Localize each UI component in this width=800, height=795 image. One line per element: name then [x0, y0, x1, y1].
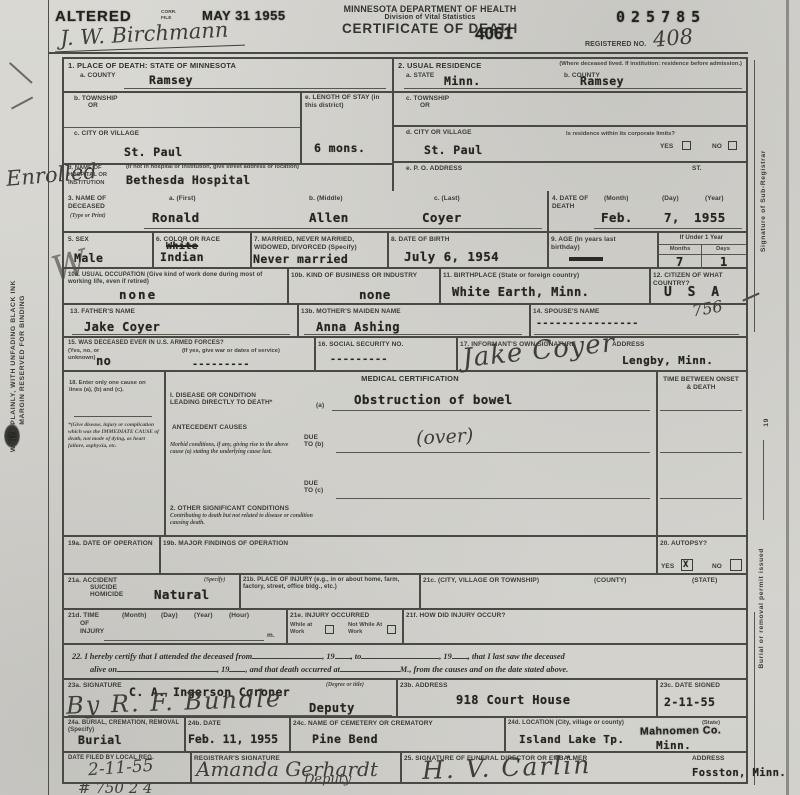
injury-county-label: (COUNTY)	[594, 577, 627, 585]
certify-text: alive on	[90, 665, 117, 674]
disease-condition-label-2: LEADING DIRECTLY TO DEATH*	[170, 399, 272, 407]
signature-label: 23a. SIGNATURE	[68, 682, 122, 690]
sub-registrar-line	[754, 60, 755, 332]
immediate-cause-note: *(Give disease, injury or complication w…	[68, 422, 160, 450]
last-name-value: Coyer	[422, 210, 462, 225]
header-rule	[48, 52, 748, 54]
fill-line	[332, 410, 650, 411]
fill-line	[304, 334, 522, 335]
cause-instructions: 18. Enter only one cause on lines (a), (…	[69, 380, 157, 395]
year-label: (Year)	[705, 195, 724, 203]
sex-value: Male	[74, 251, 103, 265]
month-label: (Month)	[604, 195, 629, 203]
divider	[402, 610, 404, 645]
burial-location-value: Island Lake Tp.	[519, 733, 624, 746]
divider	[239, 575, 241, 610]
city-label: c. CITY OR VILLAGE	[74, 130, 139, 138]
place-of-death-title: 1. PLACE OF DEATH: STATE OF MINNESOTA	[68, 61, 236, 70]
injury-year-label: (Year)	[194, 612, 213, 620]
row-operation-autopsy: 19a. DATE OF OPERATION 19b. MAJOR FINDIN…	[64, 537, 746, 575]
blank-line	[335, 651, 351, 659]
degree-or-title-note: (Degree or title)	[326, 682, 364, 689]
antecedent-causes-label: ANTECEDENT CAUSES	[172, 424, 247, 432]
blank-line	[452, 651, 468, 659]
date-of-operation-label: 19a. DATE OF OPERATION	[68, 540, 153, 548]
business-label: 10b. KIND OF BUSINESS OR INDUSTRY	[291, 272, 431, 280]
divider	[250, 233, 252, 269]
row-personal: 5. SEX Male 6. COLOR OR RACE White India…	[64, 233, 746, 269]
middle-name-value: Allen	[309, 210, 349, 225]
day-label: (Day)	[662, 195, 679, 203]
row-certifier-signature: 23a. SIGNATURE (Degree or title) C. A. I…	[64, 680, 746, 718]
city-value: St. Paul	[124, 145, 183, 159]
father-label: 13. FATHER'S NAME	[70, 308, 135, 316]
divider	[184, 718, 186, 753]
occupation-label: 10a. USUAL OCCUPATION (Give kind of work…	[68, 272, 282, 286]
while-at-work-label: While at Work	[290, 622, 324, 637]
manner-of-death-value: Natural	[154, 587, 209, 602]
state-value: Minn.	[444, 74, 481, 88]
injury-m-label: m.	[267, 632, 275, 640]
date-of-birth-value: July 6, 1954	[404, 249, 499, 264]
under-one-year-label: If Under 1 Year	[657, 235, 746, 242]
injury-month-label: (Month)	[122, 612, 147, 620]
row-burial: 24a. BURIAL, CREMATION, REMOVAL (Specify…	[64, 718, 746, 753]
burial-value: Burial	[78, 733, 122, 747]
other-conditions-label: 2. OTHER SIGNIFICANT CONDITIONS	[170, 505, 289, 513]
burial-state-value: Minn.	[656, 739, 691, 752]
mother-value: Anna Ashing	[316, 320, 400, 334]
county-value: Ramsey	[149, 73, 193, 87]
division-title: Division of Vital Statistics	[250, 14, 610, 21]
burial-date-value: Feb. 11, 1955	[188, 732, 278, 746]
pen-mark	[11, 96, 33, 109]
po-address-label: e. P. O. ADDRESS	[406, 165, 462, 173]
divider	[656, 372, 658, 537]
informant-address-value: Lengby, Minn.	[622, 354, 713, 367]
divider	[656, 680, 658, 718]
certify-text: M., from the causes and on the date stat…	[400, 665, 568, 674]
divider	[152, 233, 154, 269]
row-place-residence: 1. PLACE OF DEATH: STATE OF MINNESOTA a.…	[64, 59, 746, 191]
fill-line	[104, 640, 264, 641]
certify-text: , that I last saw the deceased	[468, 652, 565, 661]
divider	[657, 254, 746, 255]
birthplace-label: 11. BIRTHPLACE (State or foreign country…	[443, 272, 643, 280]
certificate-title: CERTIFICATE OF DEATH	[250, 21, 610, 36]
corporate-no-checkbox	[728, 141, 737, 150]
certify-text: , to	[351, 652, 362, 661]
registrar-deputy: Deputy	[304, 772, 351, 787]
fill-line	[660, 498, 742, 499]
residence-county-value: Ramsey	[580, 74, 624, 88]
due-label-b2: TO (b)	[304, 441, 324, 449]
divider	[289, 718, 291, 753]
county-label: a. COUNTY	[80, 72, 116, 80]
time-of-injury-label-2: OF	[80, 620, 89, 628]
row-forces-informant: 15. WAS DECEASED EVER IN U.S. ARMED FORC…	[64, 338, 746, 372]
time-of-injury-label-3: INJURY	[80, 628, 104, 636]
length-of-stay-value: 6 mons.	[314, 141, 365, 155]
corporate-no-label: NO	[712, 143, 722, 151]
cause-a-tag: (a)	[316, 402, 324, 410]
divider	[504, 718, 506, 753]
mother-label: 13b. MOTHER'S MAIDEN NAME	[301, 308, 401, 316]
first-name-value: Ronald	[152, 210, 200, 225]
death-year-value: 1955	[694, 210, 726, 225]
divider	[287, 269, 289, 305]
spouse-label: 14. SPOUSE'S NAME	[533, 308, 599, 316]
residence-city-value: St. Paul	[424, 143, 483, 157]
row-certify-statement: 22. I hereby certify that I attended the…	[64, 645, 746, 680]
divider	[159, 537, 161, 575]
spouse-value: ----------------	[536, 318, 639, 329]
divider	[190, 753, 192, 782]
last-name-label: c. (Last)	[434, 195, 460, 203]
cemetery-label: 24c. NAME OF CEMETERY OR CREMATORY	[293, 720, 493, 728]
autopsy-no-checkbox	[730, 559, 742, 571]
row-parents: 13. FATHER'S NAME Jake Coyer 13b. MOTHER…	[64, 305, 746, 338]
corporate-yes-label: YES	[660, 143, 673, 151]
corporate-limits-question: Is residence within its corporate limits…	[566, 131, 744, 138]
divider	[701, 244, 702, 269]
due-label-c2: TO (c)	[304, 487, 323, 495]
certify-line-1: 22. I hereby certify that I attended the…	[72, 651, 744, 661]
fill-line	[72, 334, 290, 335]
row-manner-of-death: 21a. ACCIDENT SUICIDE HOMICIDE (Specify)…	[64, 575, 746, 610]
armed-forces-value: no	[96, 354, 111, 368]
sex-label: 5. SEX	[68, 236, 89, 244]
divider	[286, 610, 288, 645]
department-title: MINNESOTA DEPARTMENT OF HEALTH	[250, 4, 610, 14]
specify-note: (Specify)	[204, 577, 225, 584]
fill-line	[68, 715, 392, 716]
fill-line	[336, 452, 650, 453]
residence-township-or: OR	[420, 102, 430, 110]
deputy-typed: Deputy	[309, 701, 355, 715]
how-injury-occurred-label: 21f. HOW DID INJURY OCCUR?	[406, 612, 505, 620]
blank-line	[229, 664, 245, 672]
hospital-value: Bethesda Hospital	[126, 173, 251, 187]
fill-line	[660, 410, 742, 411]
certifier-address-label: 23b. ADDRESS	[400, 682, 448, 690]
months-label: Months	[661, 246, 699, 253]
medical-certification-title: MEDICAL CERTIFICATION	[164, 374, 656, 383]
fill-line	[144, 228, 542, 229]
first-name-label: a. (First)	[169, 195, 196, 203]
fill-line	[660, 452, 742, 453]
divider	[392, 161, 746, 163]
divider	[64, 127, 300, 128]
armed-forces-note1: (Yes, no, or unknown)	[68, 348, 120, 363]
divider	[419, 575, 421, 610]
injury-hour-label: (Hour)	[229, 612, 249, 620]
blank-line	[361, 651, 439, 659]
injury-day-label: (Day)	[161, 612, 178, 620]
morbid-conditions-note: Morbid conditions, if any, giving rise t…	[170, 442, 298, 457]
row-time-of-injury: 21d. TIME OF INJURY (Month) (Day) (Year)…	[64, 610, 746, 645]
armed-forces-dashes: ---------	[192, 359, 250, 370]
type-or-print-note: (Type or Print)	[70, 213, 106, 220]
blank-line	[117, 664, 217, 672]
burial-permit-line	[754, 612, 755, 785]
sub-registrar-label: Signature of Sub-Registrar	[760, 150, 767, 252]
right-margin-19: 19	[763, 418, 770, 427]
death-day-value: 7,	[664, 210, 680, 225]
fill-line	[404, 88, 742, 89]
burial-permit-label: Burial or removal permit issued	[758, 548, 765, 669]
registered-no-value: 408	[652, 24, 694, 51]
time-between-onset-label: TIME BETWEEN ONSET & DEATH	[660, 376, 742, 392]
form-header: MINNESOTA DEPARTMENT OF HEALTH Division …	[250, 4, 610, 36]
blank-line	[252, 651, 322, 659]
serial-number: 025785	[616, 8, 706, 26]
injury-occurred-label: 21e. INJURY OCCURRED	[290, 612, 400, 620]
date-of-death-label: 4. DATE OF DEATH	[552, 195, 592, 211]
divider	[74, 416, 152, 417]
divider	[297, 305, 299, 338]
pen-mark	[9, 62, 32, 83]
funeral-address-value: Fosston, Minn.	[692, 767, 786, 779]
cemetery-value: Pine Bend	[312, 732, 378, 746]
ssn-label: 16. SOCIAL SECURITY NO.	[318, 341, 404, 349]
divider	[456, 338, 458, 372]
major-findings-label: 19b. MAJOR FINDINGS OF OPERATION	[163, 540, 288, 548]
certificate-number-stamp: 4061	[475, 24, 513, 45]
place-of-injury-label: 21b. PLACE OF INJURY (e.g., in or about …	[243, 577, 415, 591]
divider	[164, 372, 166, 537]
due-b-handwriting: (over)	[415, 425, 473, 450]
funeral-address-label: ADDRESS	[692, 755, 724, 763]
date-signed-label: 23c. DATE SIGNED	[660, 682, 720, 690]
usual-residence-title: 2. USUAL RESIDENCE	[398, 61, 481, 70]
age-label: 9. AGE (In years last birthday)	[551, 236, 629, 252]
certifier-address-value: 918 Court House	[456, 693, 570, 707]
divider	[547, 233, 549, 269]
homicide-label: HOMICIDE	[90, 591, 123, 599]
armed-forces-label: 15. WAS DECEASED EVER IN U.S. ARMED FORC…	[68, 340, 313, 347]
divider	[547, 191, 549, 233]
right-margin-line	[763, 440, 764, 520]
left-margin-note-2: MARGIN RESERVED FOR BINDING	[19, 295, 26, 425]
divider	[300, 91, 302, 163]
fill-line	[594, 228, 742, 229]
divider	[656, 537, 658, 575]
race-value: Indian	[160, 250, 204, 264]
date-of-birth-label: 8. DATE OF BIRTH	[391, 236, 450, 244]
certify-text: 22. I hereby certify that I attended the…	[72, 652, 252, 661]
date-filed-handwriting: 2-11-55	[87, 756, 154, 781]
age-dash-mark	[569, 257, 603, 261]
birthplace-value: White Earth, Minn.	[452, 285, 589, 299]
death-month-value: Feb.	[601, 210, 633, 225]
row-medical-certification: 18. Enter only one cause on lines (a), (…	[64, 372, 746, 537]
middle-name-label: b. (Middle)	[309, 195, 343, 203]
usual-residence-note: (Where deceased lived. If institution: r…	[548, 61, 742, 68]
residence-city-label: d. CITY OR VILLAGE	[406, 129, 472, 137]
business-value: none	[359, 287, 391, 302]
injury-state-label: (STATE)	[692, 577, 717, 585]
while-at-work-checkbox	[325, 625, 334, 634]
informant-address-label: ADDRESS	[612, 341, 644, 349]
injury-city-label: 21c. (CITY, VILLAGE OR TOWNSHIP)	[423, 577, 539, 585]
occupation-value: none	[119, 287, 157, 302]
blank-line	[340, 664, 400, 672]
divider	[392, 125, 746, 127]
funeral-director-signature: H. V. Carlin	[422, 750, 592, 785]
divider	[387, 233, 389, 269]
street-label: ST.	[692, 165, 702, 173]
certificate-form: 1. PLACE OF DEATH: STATE OF MINNESOTA a.…	[62, 57, 748, 784]
marital-value: Never married	[253, 252, 348, 266]
divider	[529, 305, 531, 338]
row-name-deathdate: 3. NAME OF DECEASED (Type or Print) a. (…	[64, 191, 746, 233]
age-months-value: 7	[676, 255, 684, 269]
certify-text: , 19	[439, 652, 451, 661]
armed-forces-note2: (If yes, give war or dates of service)	[182, 348, 302, 355]
page-edge	[786, 0, 789, 795]
state-label: a. STATE	[406, 72, 434, 80]
binding-rule	[48, 0, 49, 795]
row-filing: DATE FILED BY LOCAL REG. 2-11-55 REGISTR…	[64, 753, 746, 782]
certify-line-2: alive on, 19, and that death occurred at…	[90, 664, 750, 674]
cause-of-death-value: Obstruction of bowel	[354, 392, 513, 407]
not-while-at-work-checkbox	[387, 625, 396, 634]
marital-label: 7. MARRIED, NEVER MARRIED, WIDOWED, DIVO…	[254, 236, 382, 252]
certify-text: , 19	[322, 652, 334, 661]
father-value: Jake Coyer	[84, 320, 160, 334]
county-stamp: Mahnomen Co.	[640, 724, 721, 737]
divider	[396, 680, 398, 718]
registered-no-label: REGISTERED NO.	[585, 41, 646, 49]
corporate-yes-checkbox	[682, 141, 691, 150]
township-or: OR	[88, 102, 98, 110]
row-occupation: 10a. USUAL OCCUPATION (Give kind of work…	[64, 269, 746, 305]
left-margin-note-1: WRITE PLAINLY, WITH UNFADING BLACK INK	[10, 280, 17, 452]
autopsy-yes-mark: X	[683, 560, 689, 570]
certify-text: , 19	[217, 665, 229, 674]
divider	[64, 91, 746, 93]
autopsy-yes-label: YES	[661, 563, 674, 571]
age-days-value: 1	[720, 255, 728, 269]
fill-line	[124, 88, 386, 89]
hospital-note: (If not in hospital or institution, give…	[126, 164, 388, 171]
days-label: Days	[704, 246, 742, 253]
other-conditions-note: Contributing to death but not related to…	[170, 513, 330, 528]
spouse-handwriting: 756	[691, 296, 724, 320]
deceased-name-label: 3. NAME OF DECEASED	[68, 195, 126, 211]
not-while-at-work-label: Not While At Work	[348, 622, 386, 637]
divider	[314, 338, 316, 372]
death-certificate-scan: W # 750 2 4 ALTERED CORR. FILE MAY 31 19…	[0, 0, 800, 795]
length-of-stay-label: e. LENGTH OF STAY (in this district)	[305, 94, 389, 110]
ssn-value: ---------	[330, 354, 388, 365]
autopsy-no-label: NO	[712, 563, 722, 571]
divider	[649, 269, 651, 305]
divider	[400, 753, 402, 782]
burial-date-label: 24b. DATE	[188, 720, 221, 728]
time-of-injury-label-1: 21d. TIME	[68, 612, 99, 620]
autopsy-label: 20. AUTOPSY?	[660, 540, 707, 548]
certify-text: , and that death occurred at	[245, 665, 340, 674]
divider	[439, 269, 441, 305]
date-signed-value: 2-11-55	[664, 695, 715, 709]
fill-line	[336, 498, 650, 499]
